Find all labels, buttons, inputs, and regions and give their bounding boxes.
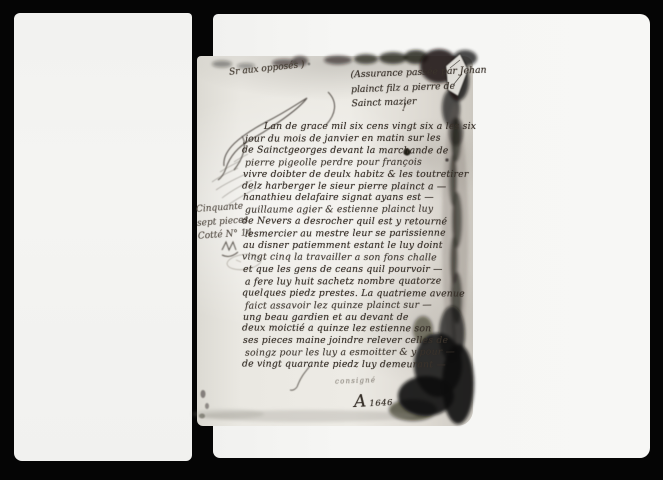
left-blank-page: [14, 13, 192, 461]
year-letter: A: [354, 393, 367, 411]
faint-registration-word: consigné: [335, 376, 376, 385]
year-mark: A 1646: [354, 392, 394, 411]
year-digits: 1646: [369, 393, 393, 408]
manuscript-line: faict assavoir lez quinze plainct sur —: [245, 299, 478, 312]
manuscript-line: deux moictié a quinze lez estienne son: [242, 323, 475, 336]
manuscript-line: delz harberger le sieur pierre plainct a…: [242, 180, 475, 193]
microfilm-scan: { "scene": { "kind": "archival microfilm…: [0, 0, 663, 480]
manuscript-line: de vingt quarante piedz luy demeurant —: [242, 359, 475, 372]
manuscript-body-text: Lan de grace mil six cens vingt six a le…: [243, 121, 476, 371]
manuscript-line: et que les gens de ceans quil pourvoir —: [243, 264, 476, 276]
manuscript-line: Lan de grace mil six cens vingt six a le…: [264, 121, 476, 133]
manuscript-line: quelques piedz prestes. La quatrieme ave…: [242, 287, 475, 300]
manuscript-line: jour du mois de janvier en matin sur les: [245, 132, 478, 145]
manuscript-line: de Sainctgeorges devant la marchande de: [242, 144, 475, 157]
manuscript-line: hanathieu delafaire signat ayans est —: [243, 192, 476, 204]
manuscript-line: vivre doibter de deulx habitz & les tout…: [243, 169, 476, 181]
manuscript-line: pierre pigeolle perdre pour françois: [245, 156, 478, 169]
header-annotation: (Assurance passée par Jehanplainct filz …: [350, 64, 488, 112]
manuscript-line: vingt cinq la travailler a son fons chal…: [242, 251, 475, 264]
manuscript-line: au disner patiemment estant le luy doint: [243, 240, 476, 252]
manuscript-line: a fere luy huit sachetz nombre quatorze: [245, 275, 478, 288]
manuscript-line: ung beau gardien et au devant de: [243, 312, 476, 324]
manuscript-line: lesmercier au mestre leur se parissienne: [245, 228, 478, 241]
manuscript-line: ses pieces maine joindre relever celles …: [243, 335, 476, 347]
